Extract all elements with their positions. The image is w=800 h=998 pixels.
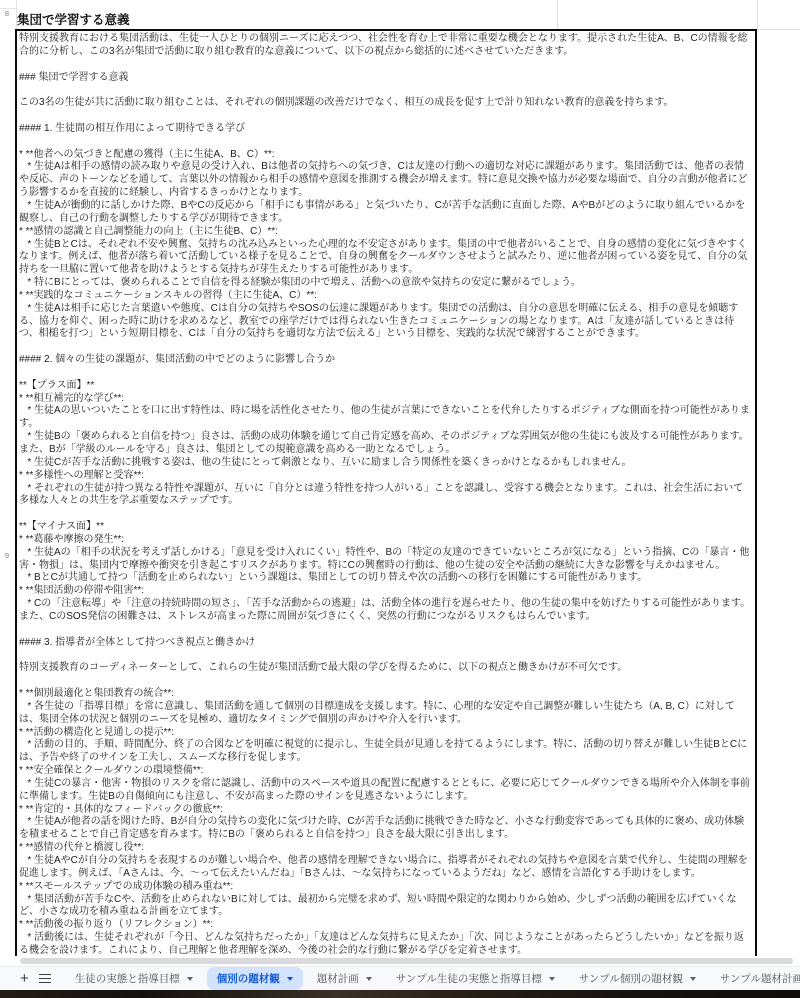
gridline — [557, 0, 558, 29]
tab-dropdown-arrow-icon[interactable] — [287, 977, 293, 981]
sheet-tab-sample-daizai-keikaku[interactable]: サンプル題材計画 — [710, 967, 800, 990]
tab-label: サンプル題材計画 — [720, 971, 800, 986]
tab-label: サンプル生徒の実態と指導目標 — [396, 971, 542, 986]
spreadsheet-window: 8 9 集団で学習する意義 特別支援教育における集団活動は、生徒一人ひとりの個別… — [0, 0, 800, 998]
cell-content[interactable]: 特別支援教育における集団活動は、生徒一人ひとりの個別ニーズに応えつつ、社会性を育… — [15, 29, 757, 956]
add-sheet-button[interactable]: + — [20, 969, 29, 989]
tab-label: サンプル個別の題材観 — [579, 971, 683, 986]
sheet-tab-sample-kobetsu-daizaikan[interactable]: サンプル個別の題材観 — [569, 967, 706, 990]
horizontal-scrollbar[interactable] — [20, 958, 793, 964]
cell-title[interactable]: 集団で学習する意義 — [17, 10, 130, 28]
tab-label: 題材計画 — [317, 971, 359, 986]
tab-dropdown-arrow-icon[interactable] — [690, 977, 696, 981]
tab-label: 個別の題材観 — [217, 971, 280, 986]
cell-content-text: 特別支援教育における集団活動は、生徒一人ひとりの個別ニーズに応えつつ、社会性を育… — [17, 31, 755, 956]
sheet-tabs: 生徒の実態と指導目標 個別の題材観 題材計画 サンプル生徒の実態と指導目標 サン… — [65, 967, 800, 990]
tab-label: 生徒の実態と指導目標 — [75, 971, 180, 986]
sheet-tab-sample-seito-jittai[interactable]: サンプル生徒の実態と指導目標 — [386, 967, 565, 990]
tab-dropdown-arrow-icon[interactable] — [366, 977, 372, 981]
gridline — [757, 0, 758, 29]
sheet-tab-seito-jittai[interactable]: 生徒の実態と指導目標 — [65, 967, 203, 990]
sheet-tab-bar: + 生徒の実態と指導目標 個別の題材観 題材計画 サンプル生徒の実態と指導目標 — [0, 966, 800, 990]
hamburger-icon — [39, 974, 51, 983]
sheet-tab-kobetsu-daizaikan[interactable]: 個別の題材観 — [207, 967, 303, 990]
plus-icon: + — [20, 971, 29, 986]
all-sheets-menu-button[interactable] — [29, 969, 51, 989]
tab-dropdown-arrow-icon[interactable] — [549, 977, 555, 981]
row-header-8[interactable]: 8 — [0, 9, 14, 18]
tab-dropdown-arrow-icon[interactable] — [187, 977, 193, 981]
desktop-strip — [0, 990, 800, 998]
sheet-tab-daizai-keikaku[interactable]: 題材計画 — [307, 967, 382, 990]
row-header-9[interactable]: 9 — [0, 551, 14, 560]
